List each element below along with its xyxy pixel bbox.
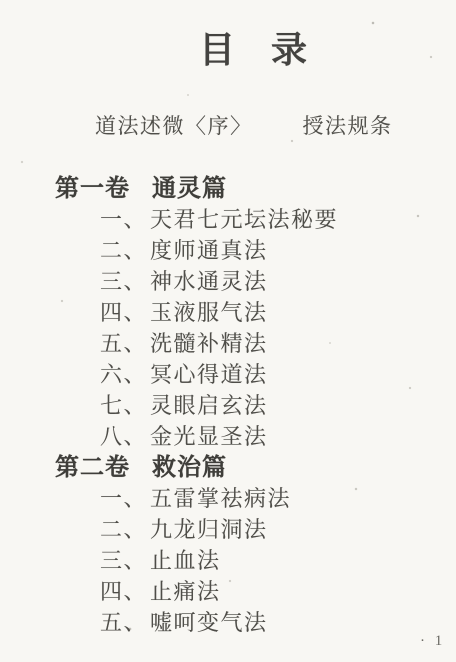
toc-item-title: 金光显圣法 (150, 424, 268, 449)
toc-item-number: 一、 (100, 486, 147, 511)
toc-item: 八、金光显圣法 (55, 421, 425, 452)
volume-1-heading: 第一卷 通灵篇 (55, 173, 425, 204)
toc-item-number: 三、 (100, 269, 147, 294)
toc-item-title: 嘘呵变气法 (150, 610, 268, 635)
toc-item-title: 洗髓补精法 (150, 331, 268, 356)
toc-item-number: 五、 (100, 331, 147, 356)
volume-2-title: 救治篇 (152, 452, 227, 483)
front-matter-preface: 道法述微〈序〉 (95, 110, 253, 140)
toc-item: 六、冥心得道法 (55, 359, 425, 390)
toc-item: 三、神水通灵法 (55, 266, 425, 297)
toc-item-title: 度师通真法 (150, 238, 268, 263)
toc-item-number: 六、 (100, 362, 147, 387)
toc-item: 七、灵眼启玄法 (55, 390, 425, 421)
front-matter-row: 道法述微〈序〉 授法规条 (95, 110, 393, 140)
volume-2-label: 第二卷 (55, 452, 130, 483)
toc-item-title: 神水通灵法 (150, 269, 268, 294)
volume-1-label: 第一卷 (55, 173, 130, 204)
toc-item-title: 五雷掌祛病法 (150, 486, 291, 511)
toc-item-number: 五、 (100, 610, 147, 635)
toc-item: 一、五雷掌祛病法 (55, 483, 425, 514)
volume-1-title: 通灵篇 (152, 173, 227, 204)
front-matter-rules: 授法规条 (303, 110, 393, 140)
volume-2-heading: 第二卷 救治篇 (55, 452, 425, 483)
toc-item: 一、天君七元坛法秘要 (55, 204, 425, 235)
toc-item: 二、度师通真法 (55, 235, 425, 266)
toc-item: 四、玉液服气法 (55, 297, 425, 328)
toc-item-number: 七、 (100, 393, 147, 418)
toc-item-number: 四、 (100, 300, 147, 325)
scanned-book-page: 目 录 道法述微〈序〉 授法规条 第一卷 通灵篇 一、天君七元坛法秘要 二、度师… (0, 0, 456, 662)
toc-item-title: 天君七元坛法秘要 (150, 207, 338, 232)
toc-item-title: 灵眼启玄法 (150, 393, 268, 418)
toc-item-title: 止血法 (150, 548, 221, 573)
toc-item-number: 三、 (100, 548, 147, 573)
toc-item-number: 八、 (100, 424, 147, 449)
toc-list: 第一卷 通灵篇 一、天君七元坛法秘要 二、度师通真法 三、神水通灵法 四、玉液服… (55, 173, 425, 638)
toc-item: 五、洗髓补精法 (55, 328, 425, 359)
toc-item-title: 玉液服气法 (150, 300, 268, 325)
toc-item: 四、止痛法 (55, 576, 425, 607)
toc-item-number: 一、 (100, 207, 147, 232)
toc-item-number: 二、 (100, 517, 147, 542)
toc-item-title: 九龙归洞法 (150, 517, 268, 542)
toc-item: 五、嘘呵变气法 (55, 607, 425, 638)
toc-item-title: 冥心得道法 (150, 362, 268, 387)
page-number: · 1 (420, 633, 445, 650)
toc-item: 二、九龙归洞法 (55, 514, 425, 545)
toc-item-number: 四、 (100, 579, 147, 604)
page-title: 目 录 (25, 22, 456, 73)
toc-item-title: 止痛法 (150, 579, 221, 604)
toc-item: 三、止血法 (55, 545, 425, 576)
toc-item-number: 二、 (100, 238, 147, 263)
